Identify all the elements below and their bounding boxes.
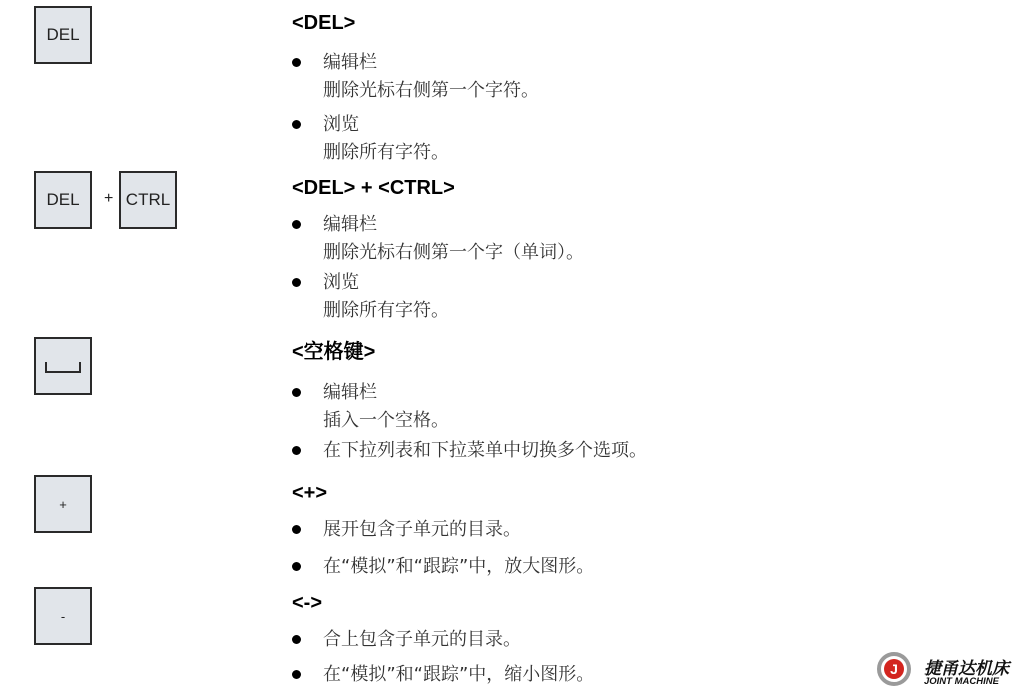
bullet-icon: [292, 278, 301, 287]
logo-name-en: JOINT MACHINE: [924, 676, 999, 687]
item-desc: 删除光标右侧第一个字符。: [323, 77, 539, 105]
key-label: CTRL: [126, 190, 170, 210]
space-icon: [45, 362, 81, 373]
bullet-icon: [292, 446, 301, 455]
item-desc: 删除所有字符。: [323, 139, 449, 167]
item-title: 浏览: [323, 269, 359, 297]
item-desc: 插入一个空格。: [323, 407, 449, 435]
bullet-icon: [292, 635, 301, 644]
key-label: DEL: [46, 25, 79, 45]
section-heading-plus: <+>: [292, 482, 327, 504]
company-logo: J 捷甬达机床 JOINT MACHINE: [875, 650, 1024, 692]
key-label: -: [61, 609, 65, 624]
section-heading-space: <空格键>: [292, 341, 375, 363]
bullet-icon: [292, 120, 301, 129]
section-heading-del: <DEL>: [292, 12, 355, 34]
bullet-icon: [292, 525, 301, 534]
key-label: +: [59, 497, 67, 512]
bullet-icon: [292, 670, 301, 679]
logo-mark-letter: J: [884, 659, 904, 679]
item-title: 编辑栏: [323, 211, 377, 239]
del-key: DEL: [34, 6, 92, 64]
bullet-icon: [292, 220, 301, 229]
plus-key: +: [34, 475, 92, 533]
combo-plus: +: [104, 190, 113, 208]
section-heading-del-ctrl: <DEL> + <CTRL>: [292, 177, 455, 199]
space-key: [34, 337, 92, 395]
ctrl-key: CTRL: [119, 171, 177, 229]
bullet-icon: [292, 58, 301, 67]
del-key: DEL: [34, 171, 92, 229]
item-desc: 删除所有字符。: [323, 297, 449, 325]
item-title: 合上包含子单元的目录。: [323, 626, 521, 654]
item-desc: 删除光标右侧第一个字（单词）。: [323, 239, 584, 267]
item-title: 在下拉列表和下拉菜单中切换多个选项。: [323, 437, 647, 465]
item-title: 在“模拟”和“跟踪”中，放大图形。: [323, 553, 594, 581]
item-title: 展开包含子单元的目录。: [323, 516, 521, 544]
section-heading-minus: <->: [292, 592, 322, 614]
item-title: 编辑栏: [323, 49, 377, 77]
item-title: 在“模拟”和“跟踪”中，缩小图形。: [323, 661, 594, 689]
minus-key: -: [34, 587, 92, 645]
key-label: DEL: [46, 190, 79, 210]
bullet-icon: [292, 562, 301, 571]
item-title: 浏览: [323, 111, 359, 139]
item-title: 编辑栏: [323, 379, 377, 407]
bullet-icon: [292, 388, 301, 397]
logo-mark-icon: J: [877, 652, 911, 686]
